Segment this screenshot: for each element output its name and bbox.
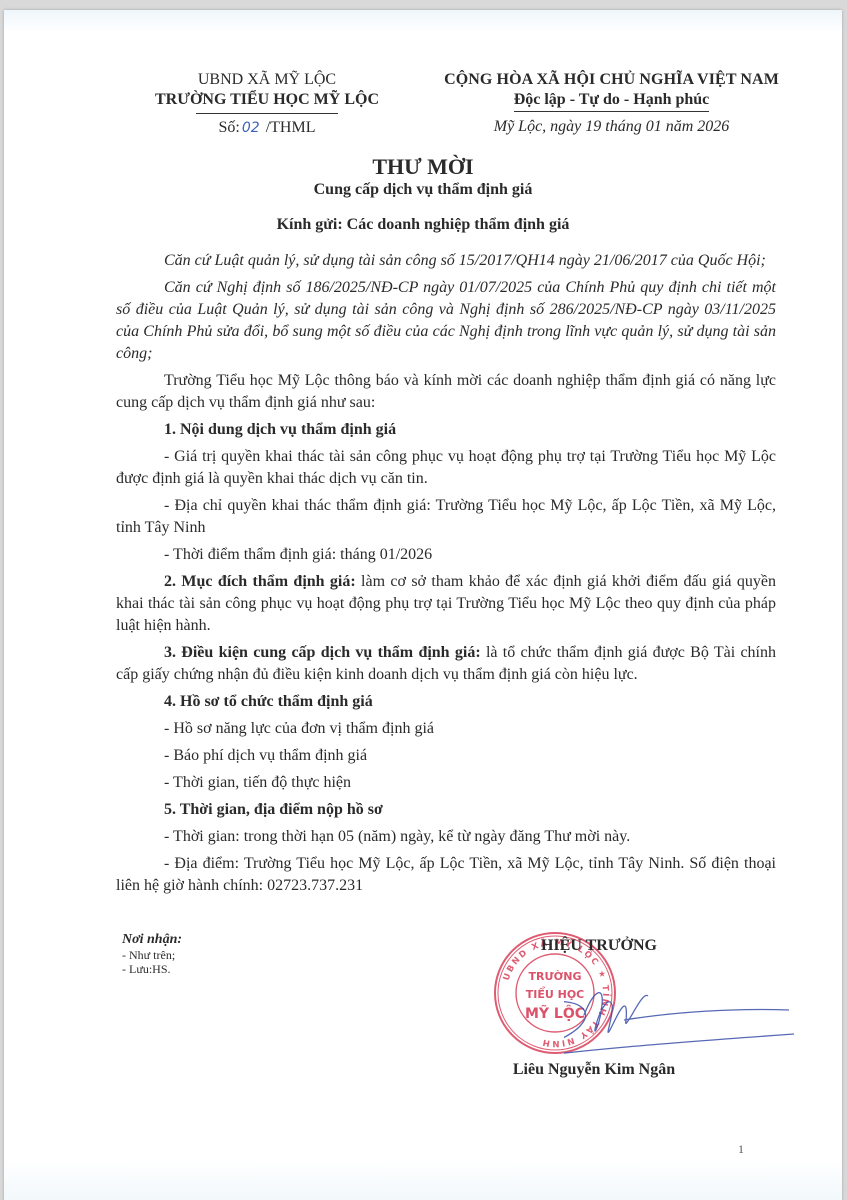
section-4-heading: 4. Hồ sơ tổ chức thẩm định giá [116, 691, 776, 713]
recipients-heading: Nơi nhận: [122, 932, 182, 948]
document-title: THƯ MỜI [4, 154, 842, 180]
section-3-label: 3. Điều kiện cung cấp dịch vụ thẩm định … [164, 644, 481, 661]
national-header: CỘNG HÒA XÃ HỘI CHỦ NGHĨA VIỆT NAM Độc l… [419, 70, 804, 137]
section-2-label: 2. Mục đích thẩm định giá: [164, 573, 356, 590]
issuer-authority: UBND XÃ MỸ LỘC [122, 70, 412, 90]
section-1-item-2: - Địa chỉ quyền khai thác thẩm định giá:… [116, 495, 776, 539]
document-page: UBND XÃ MỸ LỘC TRƯỜNG TIỂU HỌC MỸ LỘC Số… [4, 10, 842, 1200]
section-5-item-2: - Địa điểm: Trường Tiểu học Mỹ Lộc, ấp L… [116, 853, 776, 897]
intro-paragraph: Trường Tiểu học Mỹ Lộc thông báo và kính… [116, 370, 776, 414]
signer-position: HIỆU TRƯỞNG [494, 936, 704, 956]
document-subtitle: Cung cấp dịch vụ thẩm định giá [4, 180, 842, 200]
section-2: 2. Mục đích thẩm định giá: làm cơ sở tha… [116, 571, 776, 637]
place-date: Mỹ Lộc, ngày 19 tháng 01 năm 2026 [419, 117, 804, 137]
document-body: Căn cứ Luật quản lý, sử dụng tài sản côn… [116, 250, 776, 902]
document-number-prefix: Số: [219, 119, 240, 136]
national-title: CỘNG HÒA XÃ HỘI CHỦ NGHĨA VIỆT NAM [419, 70, 804, 90]
issuer-underline [196, 113, 338, 114]
section-1-item-1: - Giá trị quyền khai thác tài sản công p… [116, 446, 776, 490]
section-4-item-1: - Hồ sơ năng lực của đơn vị thẩm định gi… [116, 718, 776, 740]
section-4-item-2: - Báo phí dịch vụ thẩm định giá [116, 745, 776, 767]
section-4-item-3: - Thời gian, tiến độ thực hiện [116, 772, 776, 794]
section-5-heading: 5. Thời gian, địa điểm nộp hồ sơ [116, 799, 776, 821]
legal-basis-1: Căn cứ Luật quản lý, sử dụng tài sản côn… [116, 250, 776, 272]
recipients-block: Nơi nhận: - Như trên; - Lưu:HS. [122, 932, 182, 976]
recipient-line: Kính gửi: Các doanh nghiệp thẩm định giá [4, 215, 842, 235]
section-3: 3. Điều kiện cung cấp dịch vụ thẩm định … [116, 642, 776, 686]
signer-name: Liêu Nguyễn Kim Ngân [474, 1060, 714, 1080]
recipients-item: - Lưu:HS. [122, 962, 182, 976]
national-motto: Độc lập - Tự do - Hạnh phúc [514, 90, 710, 112]
issuer-school: TRƯỜNG TIỂU HỌC MỸ LỘC [122, 90, 412, 110]
recipients-item: - Như trên; [122, 948, 182, 962]
section-1-heading: 1. Nội dung dịch vụ thẩm định giá [116, 419, 776, 441]
document-number-handwritten: 02 [240, 120, 266, 136]
issuer-block: UBND XÃ MỸ LỘC TRƯỜNG TIỂU HỌC MỸ LỘC Số… [122, 70, 412, 138]
section-1-item-3: - Thời điểm thẩm định giá: tháng 01/2026 [116, 544, 776, 566]
section-5-item-1: - Thời gian: trong thời hạn 05 (năm) ngà… [116, 826, 776, 848]
document-number: Số:02/THML [122, 118, 412, 138]
legal-basis-2: Căn cứ Nghị định số 186/2025/NĐ-CP ngày … [116, 277, 776, 365]
handwritten-signature [564, 970, 794, 1070]
document-number-suffix: /THML [266, 119, 316, 136]
page-number: 1 [738, 1142, 744, 1157]
